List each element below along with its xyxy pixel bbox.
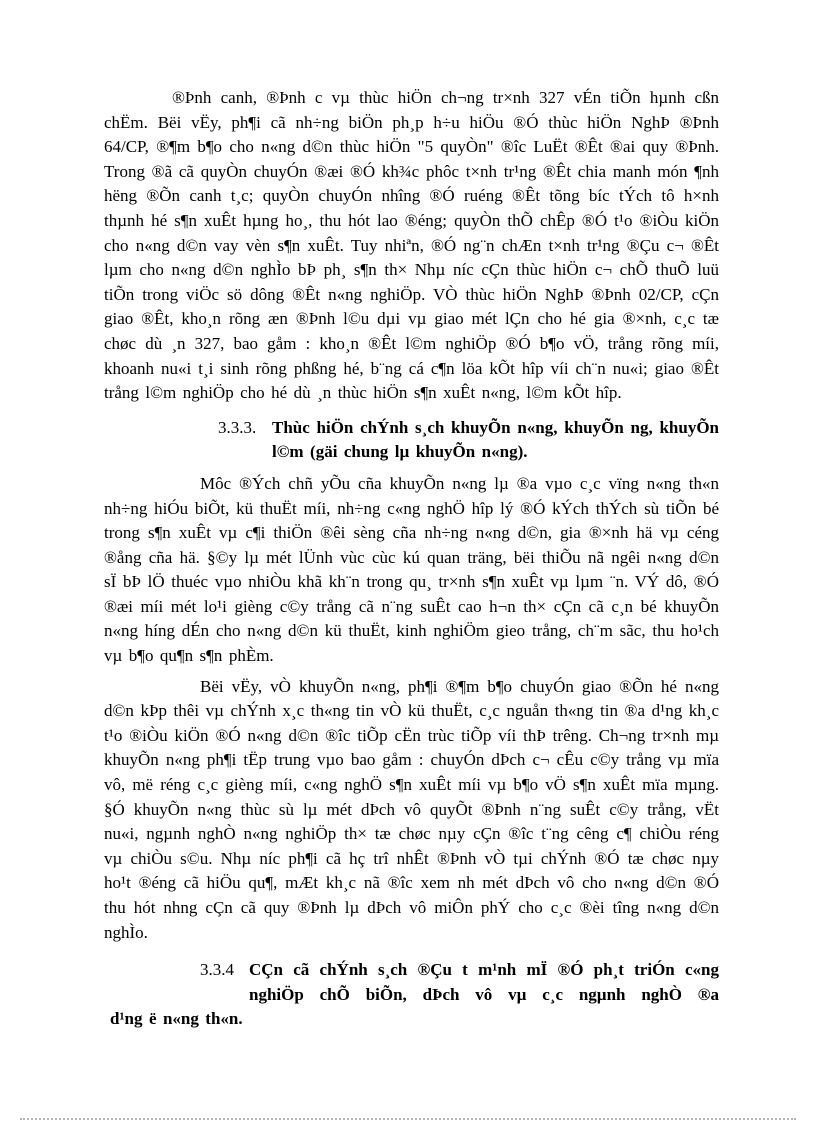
heading-3-3-4-number: 3.3.4	[200, 958, 249, 983]
paragraph-3: Bëi vËy, vÒ khuyÕn n«ng, ph¶i ®¶m b¶o ch…	[104, 675, 719, 946]
paragraph-1: ®Þnh canh, ®Þnh c vµ thùc hiÖn ch¬ng tr×…	[104, 86, 719, 406]
heading-3-3-3-number: 3.3.3.	[218, 416, 272, 441]
heading-3-3-4: 3.3.4CÇn cã chÝnh s¸ch ®Çu t m¹nh mÏ ®Ó …	[200, 958, 719, 1007]
heading-3-3-3: 3.3.3.Thùc hiÖn chÝnh s¸ch khuyÕn n«ng, …	[218, 416, 719, 465]
document-page: ®Þnh canh, ®Þnh c vµ thùc hiÖn ch¬ng tr×…	[0, 0, 816, 1123]
paragraph-2: Môc ®Ých chñ yÕu cña khuyÕn n«ng lµ ®a v…	[104, 472, 719, 669]
heading-3-3-3-text: Thùc hiÖn chÝnh s¸ch khuyÕn n«ng, khuyÕn…	[272, 418, 719, 462]
page-bottom-dotted-edge	[20, 1118, 796, 1120]
page-text-column: ®Þnh canh, ®Þnh c vµ thùc hiÖn ch¬ng tr×…	[104, 86, 719, 1032]
heading-3-3-4-runover: d¹ng ë n«ng th«n.	[110, 1007, 719, 1032]
heading-3-3-4-text: CÇn cã chÝnh s¸ch ®Çu t m¹nh mÏ ®Ó ph¸t …	[249, 960, 719, 1004]
